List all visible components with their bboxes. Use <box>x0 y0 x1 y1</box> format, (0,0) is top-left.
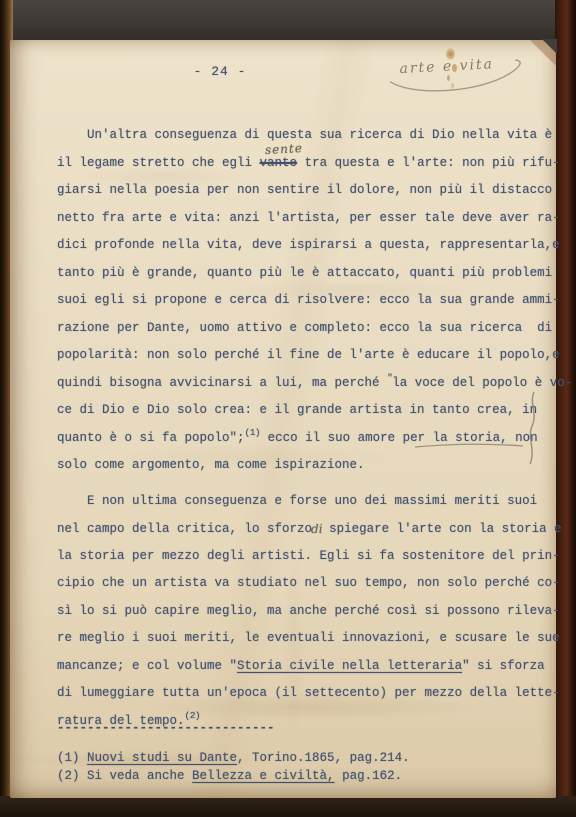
paper-sheet: - 24 - arte e vita Un'altra conseguenza … <box>10 40 556 798</box>
typed-line: solo come argomento, ma come ispirazione… <box>57 452 559 480</box>
page-number: - 24 - <box>180 64 260 79</box>
text-segment: il legame stretto che egli <box>57 156 260 170</box>
scan-border-top <box>0 0 576 41</box>
text-segment: pag.162. <box>335 769 403 783</box>
typed-body: Un'altra conseguenza di questa sua ricer… <box>57 122 559 735</box>
corrected-word: vantesente <box>260 150 298 178</box>
footnote-ref-2: (2) <box>185 710 201 721</box>
typed-line: quindi bisogna avvicinarsi a lui, ma per… <box>57 370 559 398</box>
footnote-separator: ----------------------------- <box>57 721 275 735</box>
typed-line: tanto più è grande, quanto più le è atta… <box>57 260 559 288</box>
footnotes: (1) Nuovi studi su Dante, Torino.1865, p… <box>57 749 410 785</box>
handwritten-correction: sente <box>264 135 303 164</box>
book-title: Storia civile nella letteraria <box>237 659 462 673</box>
typed-line: netto fra arte e vita: anzi l'artista, p… <box>57 205 559 233</box>
text-segment: quanto è o si fa popolo"; <box>57 431 245 445</box>
typed-line: Un'altra conseguenza di questa sua ricer… <box>57 122 559 150</box>
typed-line: il legame stretto che egli vantesente tr… <box>57 150 559 178</box>
paragraph-2: E non ultima conseguenza e forse uno dei… <box>57 488 559 736</box>
typed-line: popolarità: non solo perché il fine de l… <box>57 342 559 370</box>
typed-line: razione per Dante, uomo attivo e complet… <box>57 315 559 343</box>
footnote-2: (2) Si veda anche Bellezza e civiltà, pa… <box>57 767 410 785</box>
text-segment: la voce del popolo è vo- <box>392 376 572 390</box>
raised-quote: " <box>387 372 392 383</box>
typed-line: cipio che un artista va studiato nel suo… <box>57 570 559 598</box>
handwritten-margin-note: arte e vita <box>381 48 539 104</box>
margin-pencil-mark <box>524 390 542 466</box>
typed-line: E non ultima conseguenza e forse uno dei… <box>57 488 559 516</box>
footnote-1: (1) Nuovi studi su Dante, Torino.1865, p… <box>57 749 410 767</box>
typed-line: dici profonde nella vita, deve ispirarsi… <box>57 232 559 260</box>
typed-line: nel campo della critica, lo sforzodi spi… <box>57 515 559 543</box>
text-segment: spiegare l'arte con la storia e <box>322 522 562 536</box>
typed-line: ce di Dio e Dio solo crea: e il grande a… <box>57 397 559 425</box>
text-segment: nel campo della critica, lo sforzo <box>57 522 312 536</box>
scanned-typewritten-page: - 24 - arte e vita Un'altra conseguenza … <box>0 0 576 817</box>
typed-line: re meglio i suoi meriti, le eventuali in… <box>57 625 559 653</box>
book-title: Nuovi studi su Dante <box>87 751 237 765</box>
corner-fold <box>542 39 557 54</box>
text-segment: " si sforza <box>462 659 545 673</box>
text-segment: tra questa e l'arte: non più rifu- <box>297 156 560 170</box>
scan-border-bottom <box>0 796 576 817</box>
footnote-ref-1: (1) <box>245 427 261 438</box>
typed-line: suoi egli si propone e cerca di risolver… <box>57 287 559 315</box>
typed-line: di lumeggiare tutta un'epoca (il settece… <box>57 680 559 708</box>
pencil-underline-mark <box>413 440 527 452</box>
text-segment: quindi bisogna avvicinarsi a lui, ma per… <box>57 376 387 390</box>
paragraph-1: Un'altra conseguenza di questa sua ricer… <box>57 122 559 480</box>
handwritten-insertion: di <box>311 522 323 536</box>
typed-line: la storia per mezzo degli artisti. Egli … <box>57 543 559 571</box>
footnote-marker: (2) Si veda anche <box>57 769 192 783</box>
typed-line: sì lo si può capire meglio, ma anche per… <box>57 598 559 626</box>
text-segment: , Torino.1865, pag.214. <box>237 751 410 765</box>
text-segment: mancanze; e col volume " <box>57 659 237 673</box>
typed-line: giarsi nella poesia per non sentire il d… <box>57 177 559 205</box>
typed-line: mancanze; e col volume "Storia civile ne… <box>57 653 559 681</box>
footnote-marker: (1) <box>57 751 87 765</box>
book-title: Bellezza e civiltà, <box>192 769 335 783</box>
